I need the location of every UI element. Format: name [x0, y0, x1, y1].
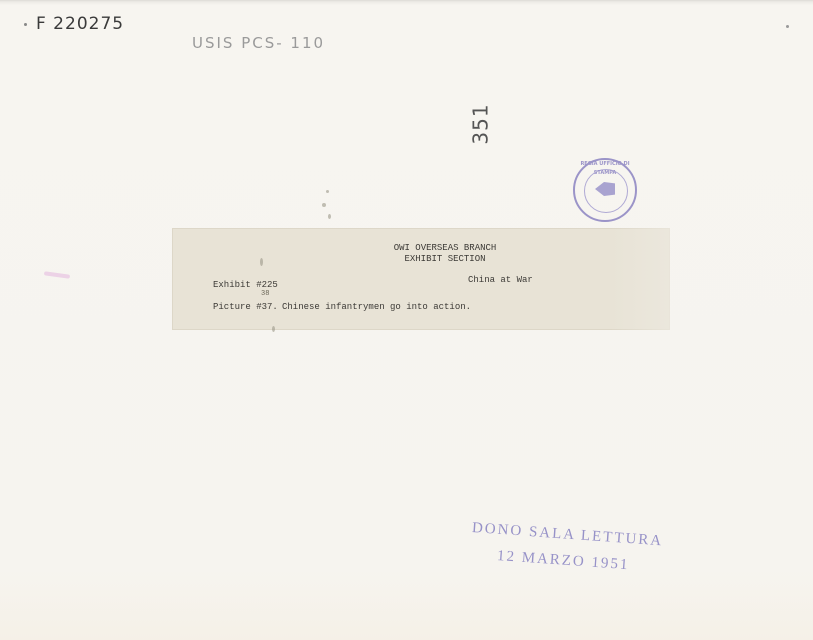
exhibit-number: Exhibit #225: [213, 280, 278, 290]
picture-number-correction: 38: [261, 290, 269, 298]
handwritten-number: 351: [469, 103, 493, 144]
embossed-seal: REGIA UFFICIO DI STAMPA: [573, 158, 637, 222]
handwritten-inventory-id: F 220275: [36, 14, 124, 34]
inventory-id-text: F 220275: [36, 14, 124, 34]
typed-label-strip: OWI OVERSEAS BRANCH EXHIBIT SECTION Exhi…: [172, 228, 670, 330]
ink-fleck: [326, 190, 329, 193]
seal-text: REGIA UFFICIO DI STAMPA: [575, 160, 635, 220]
series-title: China at War: [468, 275, 533, 285]
ink-fleck: [328, 214, 331, 219]
number-text: 351: [469, 103, 493, 144]
pencil-dot: [24, 23, 27, 26]
ink-fleck: [260, 258, 263, 266]
picture-caption: Chinese infantrymen go into action.: [282, 302, 471, 312]
label-header-line2: EXHIBIT SECTION: [172, 254, 670, 264]
picture-number: Picture #37.: [213, 302, 278, 312]
pencil-dot: [786, 25, 789, 28]
ink-fleck: [322, 203, 326, 207]
handwritten-reference: USIS PCS- 110: [192, 34, 325, 52]
label-header-line1: OWI OVERSEAS BRANCH: [172, 243, 670, 253]
ink-fleck: [272, 326, 275, 332]
